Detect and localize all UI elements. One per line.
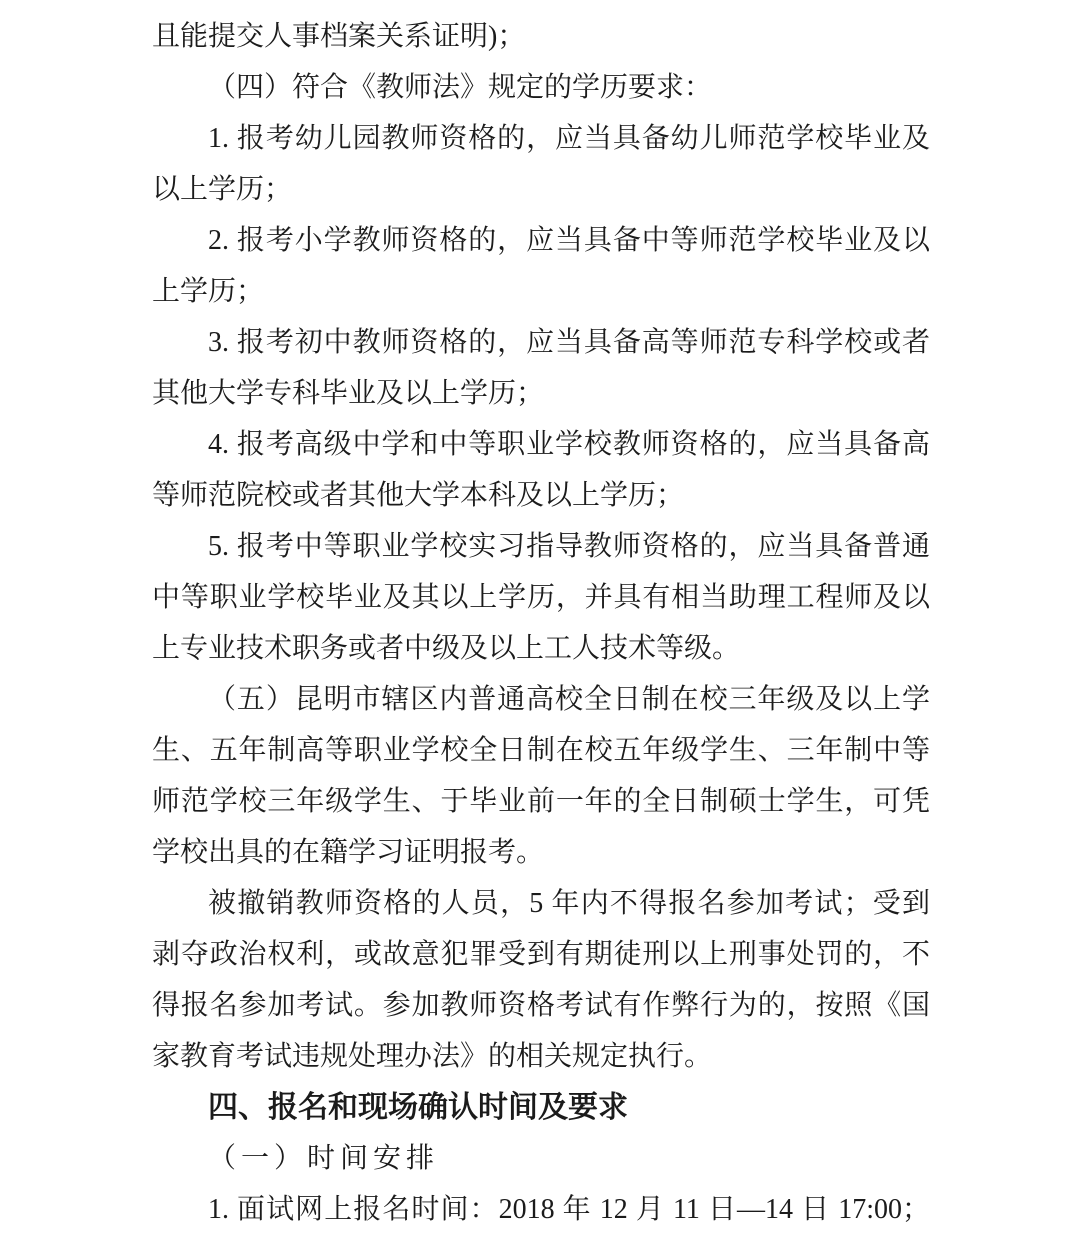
text-line: 等师范院校或者其他大学本科及以上学历； <box>152 470 930 521</box>
text-line: 师范学校三年级学生、于毕业前一年的全日制硕士学生，可凭 <box>152 776 930 827</box>
text-line: 以上学历； <box>152 164 930 215</box>
text-line: 且能提交人事档案关系证明)； <box>152 11 930 62</box>
text-line: 其他大学专科毕业及以上学历； <box>152 368 930 419</box>
section-heading: 四、报名和现场确认时间及要求 <box>152 1082 930 1133</box>
text-line: 上学历； <box>152 266 930 317</box>
text-line: 2. 报考小学教师资格的，应当具备中等师范学校毕业及以 <box>152 215 930 266</box>
text-line: （五）昆明市辖区内普通高校全日制在校三年级及以上学 <box>152 674 930 725</box>
text-line: 剥夺政治权利，或故意犯罪受到有期徒刑以上刑事处罚的，不 <box>152 929 930 980</box>
text-line: 1. 报考幼儿园教师资格的，应当具备幼儿师范学校毕业及 <box>152 113 930 164</box>
text-line: 生、五年制高等职业学校全日制在校五年级学生、三年制中等 <box>152 725 930 776</box>
text-line: 上专业技术职务或者中级及以上工人技术等级。 <box>152 623 930 674</box>
text-line: 1. 面试网上报名时间：2018 年 12 月 11 日—14 日 17:00； <box>152 1184 930 1235</box>
document-page: 且能提交人事档案关系证明)；（四）符合《教师法》规定的学历要求：1. 报考幼儿园… <box>0 0 1080 1254</box>
text-line: 被撤销教师资格的人员，5 年内不得报名参加考试；受到 <box>152 878 930 929</box>
document-body: 且能提交人事档案关系证明)；（四）符合《教师法》规定的学历要求：1. 报考幼儿园… <box>152 11 930 1235</box>
text-line: 学校出具的在籍学习证明报考。 <box>152 827 930 878</box>
text-line: 家教育考试违规处理办法》的相关规定执行。 <box>152 1031 930 1082</box>
text-line: 3. 报考初中教师资格的，应当具备高等师范专科学校或者 <box>152 317 930 368</box>
text-line: 5. 报考中等职业学校实习指导教师资格的，应当具备普通 <box>152 521 930 572</box>
text-line: 得报名参加考试。参加教师资格考试有作弊行为的，按照《国 <box>152 980 930 1031</box>
text-line: 4. 报考高级中学和中等职业学校教师资格的，应当具备高 <box>152 419 930 470</box>
text-line: 中等职业学校毕业及其以上学历，并具有相当助理工程师及以 <box>152 572 930 623</box>
section-heading: （一）时间安排 <box>152 1133 930 1184</box>
text-line: （四）符合《教师法》规定的学历要求： <box>152 62 930 113</box>
